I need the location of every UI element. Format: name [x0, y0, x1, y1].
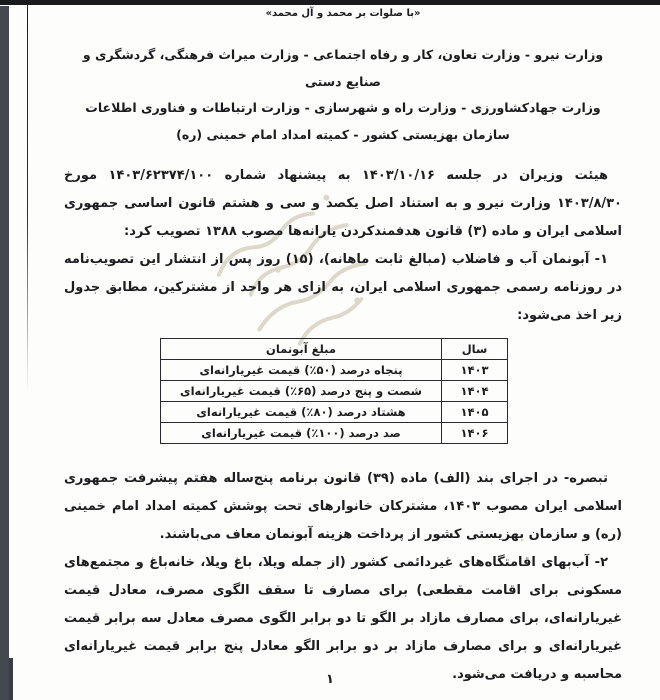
table-header-year: سال: [442, 339, 508, 360]
year-cell: ۱۴۰۶: [442, 423, 508, 444]
table-row: ۱۴۰۵ هشتاد درصد (۸۰٪) قیمت غیریارانه‌ای: [161, 402, 508, 423]
table-header-row: سال مبلغ آبونمان: [161, 339, 508, 360]
scanned-document-page: «با صلوات بر محمد و آل محمد» وزارت نیرو …: [0, 0, 660, 700]
table-row: ۱۴۰۳ پنجاه درصد (۵۰٪) قیمت غیریارانه‌ای: [161, 360, 508, 381]
scan-left-edge: [0, 6, 9, 700]
table-row: ۱۴۰۶ صد درصد (۱۰۰٪) قیمت غیریارانه‌ای: [161, 423, 508, 444]
document-content: «با صلوات بر محمد و آل محمد» وزارت نیرو …: [64, 6, 622, 689]
note-paragraph: تبصره- در اجرای بند (الف) ماده (۳۹) قانو…: [64, 465, 622, 549]
addressee-block: وزارت نیرو - وزارت تعاون، کار و رفاه اجت…: [64, 42, 622, 148]
clause-1-paragraph: ۱- آبونمان آب و فاضلاب (مبالغ ثابت ماهان…: [64, 246, 622, 330]
amount-cell: پنجاه درصد (۵۰٪) قیمت غیریارانه‌ای: [161, 360, 442, 381]
table-header-amount: مبلغ آبونمان: [161, 339, 442, 360]
intro-paragraph: هیئت وزیران در جلسه ۱۴۰۳/۱۰/۱۶ به پیشنها…: [64, 162, 622, 246]
addressee-line-1: وزارت نیرو - وزارت تعاون، کار و رفاه اجت…: [64, 42, 622, 95]
addressee-line-2: وزارت جهادکشاورزی - وزارت راه و شهرسازی …: [64, 95, 622, 122]
scan-fold-line: [27, 0, 28, 392]
clause-2-paragraph: ۲- آب‌بهای اقامتگاه‌های غیردائمی کشور (ا…: [64, 549, 622, 689]
addressee-line-3: سازمان بهزیستی کشور - کمیته امداد امام خ…: [64, 122, 622, 149]
year-cell: ۱۴۰۳: [442, 360, 508, 381]
amount-cell: هشتاد درصد (۸۰٪) قیمت غیریارانه‌ای: [161, 402, 442, 423]
year-cell: ۱۴۰۴: [442, 381, 508, 402]
blessing-line: «با صلوات بر محمد و آل محمد»: [64, 8, 622, 19]
scan-top-edge: [0, 0, 660, 5]
year-cell: ۱۴۰۵: [442, 402, 508, 423]
page-number: ۱: [0, 672, 660, 687]
scan-left-edge-foot: [9, 658, 13, 700]
amount-cell: شصت و پنج درصد (۶۵٪) قیمت غیریارانه‌ای: [161, 381, 442, 402]
amount-cell: صد درصد (۱۰۰٪) قیمت غیریارانه‌ای: [161, 423, 442, 444]
table-row: ۱۴۰۴ شصت و پنج درصد (۶۵٪) قیمت غیریارانه…: [161, 381, 508, 402]
subscription-fee-table: سال مبلغ آبونمان ۱۴۰۳ پنجاه درصد (۵۰٪) ق…: [160, 338, 508, 444]
